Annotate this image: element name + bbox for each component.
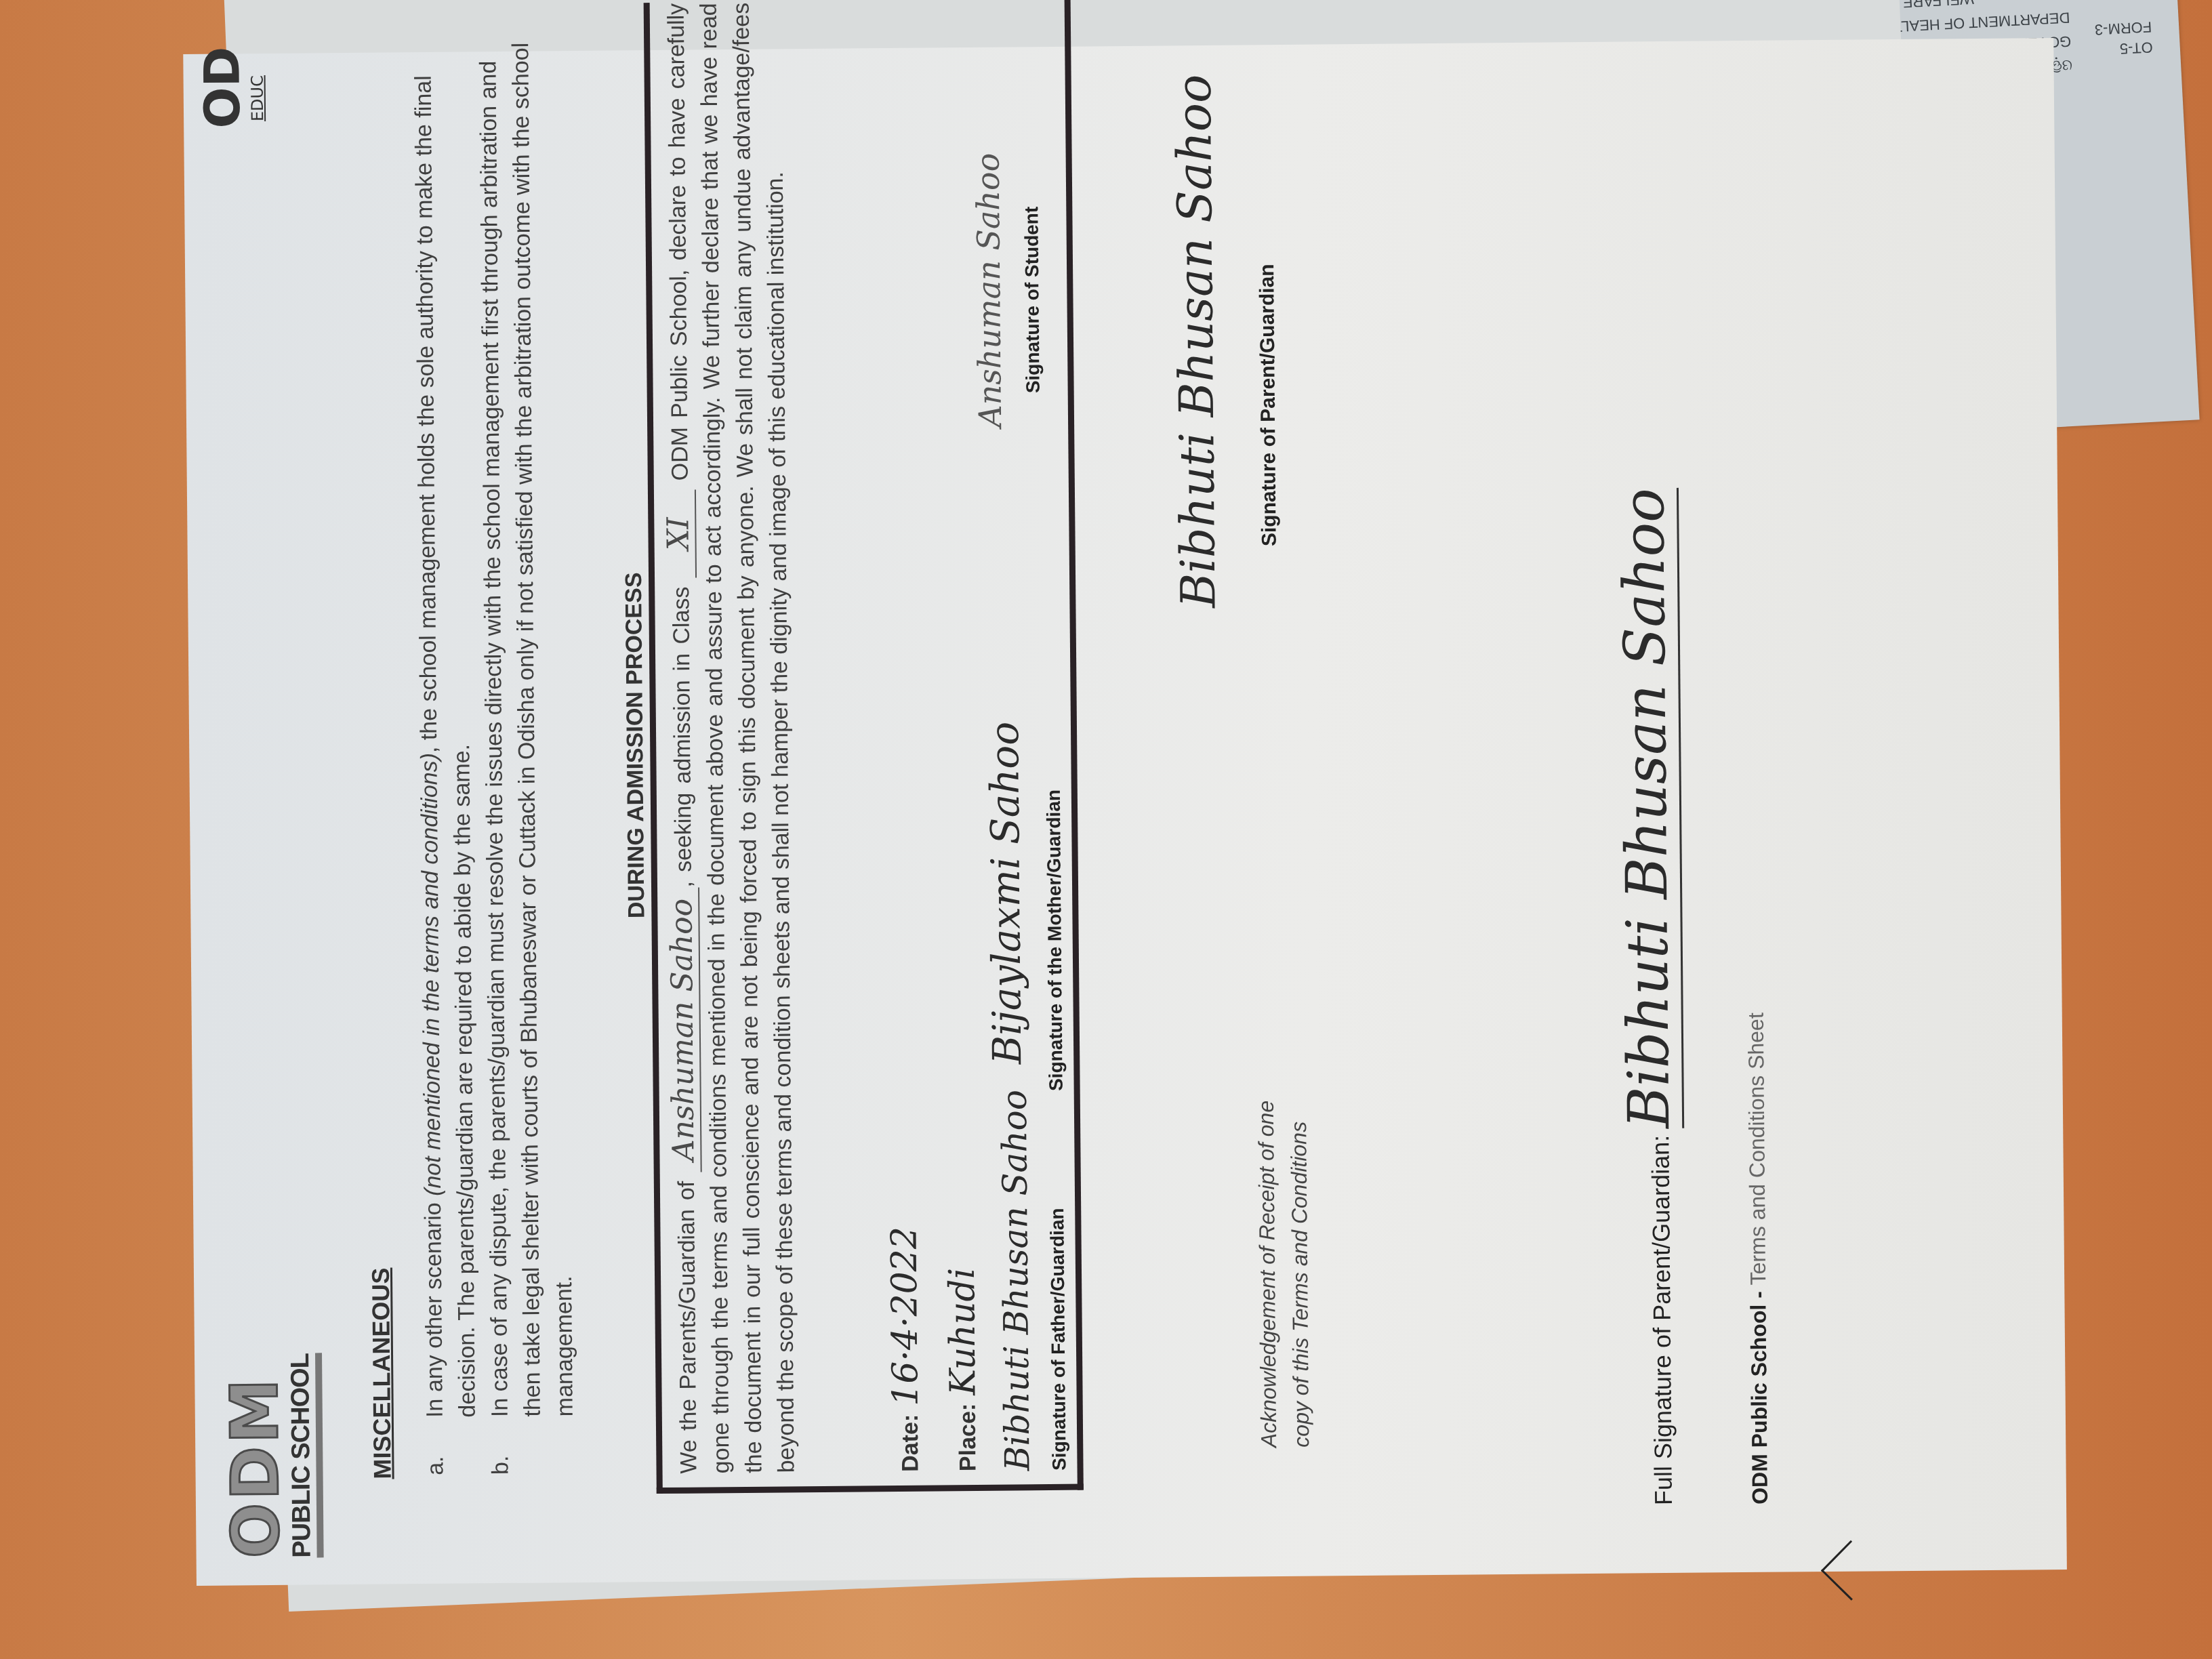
section-title-miscellaneous: MISCELLANEOUS (367, 1267, 397, 1479)
full-signature-label: Full Signature of Parent/Guardian: (1646, 1135, 1677, 1506)
student-signature[interactable]: Anshuman Sahoo (970, 153, 1009, 428)
admission-declaration-box: DURING ADMISSION PROCESS We the Parents/… (644, 0, 1084, 1494)
clause-b: b. In case of any dispute, the parents/g… (472, 17, 582, 1475)
full-signature-row: Full Signature of Parent/Guardian:Bibhut… (1610, 488, 1685, 1506)
date-field[interactable]: 16·4·2022 (884, 1227, 926, 1406)
mother-signature-label: Signature of the Mother/Guardian (1043, 790, 1067, 1091)
declaration-part: We the Parents/Guardian of (674, 1181, 702, 1473)
logo-public-school-text: PUBLIC SCHOOL (287, 1353, 323, 1558)
clause-a: a. In any other scenario (not mentioned … (407, 18, 485, 1475)
ack-line: Acknowledgement of Receipt of one (1250, 1101, 1285, 1448)
mother-signature[interactable]: Bijaylaxmi Sahoo (981, 721, 1030, 1064)
admission-title: DURING ADMISSION PROCESS (616, 3, 655, 1488)
parent-signature-label: Signature of Parent/Guardian (1256, 264, 1282, 546)
place-label: Place: (955, 1404, 981, 1472)
form-code: FORM-3 (2094, 18, 2152, 38)
student-name-field[interactable]: Anshuman Sahoo (665, 887, 702, 1172)
clause-text-italic: (not mentioned in the terms and conditio… (416, 753, 446, 1196)
declaration-text: We the Parents/Guardian of Anshuman Saho… (658, 2, 803, 1474)
form-code: OT-5 (2119, 38, 2153, 58)
student-signature-label: Signature of Student (1021, 207, 1044, 394)
header-right-logo-sub: EDUC (248, 75, 268, 121)
clause-text: In case of any dispute, the parents/guar… (472, 17, 581, 1417)
father-signature-label: Signature of Father/Guardian (1046, 1208, 1070, 1471)
full-signature-field[interactable]: Bibhuti Bhusan Sahoo (1610, 488, 1684, 1129)
miscellaneous-clauses: a. In any other scenario (not mentioned … (407, 17, 582, 1475)
date-row: Date:16·4·2022 (884, 1227, 926, 1472)
declaration-part: , seeking admission in Class (668, 586, 697, 887)
ack-line: copy of this Terms and Conditions (1282, 1100, 1317, 1448)
parent-signature[interactable]: Bibhuti Bhusan Sahoo (1166, 74, 1227, 608)
header-right-logo: OD (193, 46, 251, 129)
father-signature[interactable]: Bibhuti Bhusan Sahoo (995, 1090, 1038, 1471)
place-field[interactable]: Kuhudi (942, 1268, 984, 1396)
date-label: Date: (897, 1414, 924, 1472)
place-row: Place:Kuhudi (942, 1268, 985, 1472)
page-footer: ODM Public School - Terms and Conditions… (1744, 1012, 1773, 1504)
class-field[interactable]: XI (662, 489, 697, 577)
terms-conditions-page: ODM PUBLIC SCHOOL OD EDUC MISCELLANEOUS … (183, 38, 2067, 1586)
logo-odm-text: ODM (222, 1353, 289, 1558)
clause-marker: b. (484, 1416, 582, 1475)
acknowledgement-text: Acknowledgement of Receipt of one copy o… (1250, 1100, 1317, 1448)
clause-marker: a. (419, 1417, 485, 1475)
footer-doc-title: Terms and Conditions Sheet (1744, 1012, 1771, 1285)
footer-school: ODM Public School - (1746, 1285, 1772, 1504)
gov-line: WELFARE (1902, 0, 1974, 11)
clause-text: In any other scenario (not mentioned in … (407, 18, 484, 1418)
school-logo: ODM PUBLIC SCHOOL (222, 1353, 323, 1559)
clause-text-part: In any other scenario (420, 1196, 448, 1418)
